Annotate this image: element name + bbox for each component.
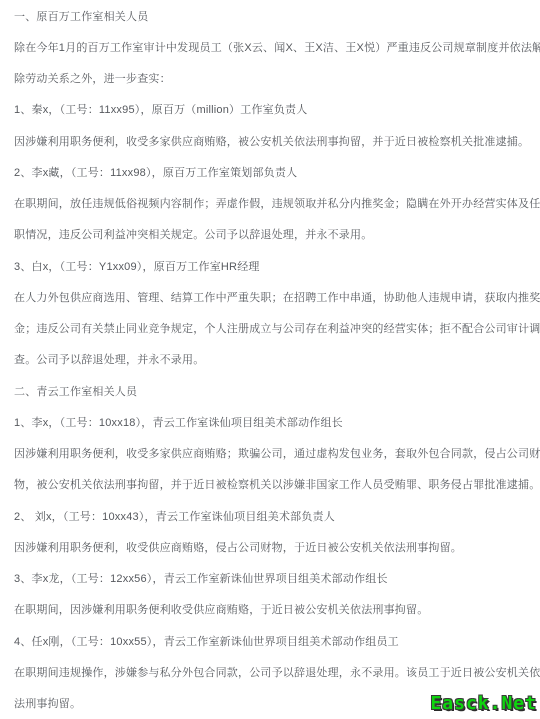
- document-line: 1、秦x，（工号：11xx95），原百万（million）工作室负责人: [14, 94, 540, 125]
- document-line: 2、李x藏，（工号：11xx98），原百万工作室策划部负责人: [14, 156, 540, 187]
- document-line: 除在今年1月的百万工作室审计中发现员工（张X云、闻X、王X洁、王X悦）严重违反公…: [14, 31, 540, 62]
- document-line: 在职期间，因涉嫌利用职务便利收受供应商贿赂，于近日被公安机关依法刑事拘留。: [14, 594, 540, 625]
- document-line: 因涉嫌利用职务便利，收受供应商贿赂，侵占公司财物，于近日被公安机关依法刑事拘留。: [14, 531, 540, 562]
- document-line: 3、白x，（工号：Y1xx09），原百万工作室HR经理: [14, 250, 540, 281]
- document-line: 因涉嫌利用职务便利，收受多家供应商贿赂，被公安机关依法刑事拘留，并于近日被检察机…: [14, 125, 540, 156]
- document-line: 在职期间，放任违规低俗视频内容制作；弄虚作假，违规领取并私分内推奖金；隐瞒在外开…: [14, 188, 540, 219]
- page: { "document": { "background_color": "#ff…: [0, 0, 540, 719]
- document-line: 2、 刘x，（工号：10xx43），青云工作室诛仙项目组美术部负责人: [14, 500, 540, 531]
- document-line: 查。公司予以辞退处理，并永不录用。: [14, 344, 540, 375]
- document-line: 因涉嫌利用职务便利，收受多家供应商贿赂；欺骗公司，通过虚构发包业务，套取外包合同…: [14, 438, 540, 469]
- document-line: 3、李x龙，（工号：12xx56），青云工作室新诛仙世界项目组美术部动作组长: [14, 563, 540, 594]
- document-line: 在职期间违规操作，涉嫌参与私分外包合同款，公司予以辞退处理，永不录用。该员工于近…: [14, 656, 540, 687]
- document-line: 物，被公安机关依法刑事拘留，并于近日被检察机关以涉嫌非国家工作人员受贿罪、职务侵…: [14, 469, 540, 500]
- document-line: 在人力外包供应商选用、管理、结算工作中严重失职；在招聘工作中串通，协助他人违规申…: [14, 281, 540, 312]
- document-line: 二、青云工作室相关人员: [14, 375, 540, 406]
- document-line: 职情况，违反公司利益冲突相关规定。公司予以辞退处理，并永不录用。: [14, 219, 540, 250]
- announcement-body: 一、原百万工作室相关人员除在今年1月的百万工作室审计中发现员工（张X云、闻X、王…: [14, 0, 540, 719]
- document-line: 4、任x刚，（工号：10xx55），青云工作室新诛仙世界项目组美术部动作组员工: [14, 625, 540, 656]
- watermark: Easck.Net: [430, 693, 537, 714]
- document-line: 1、李x，（工号：10xx18），青云工作室诛仙项目组美术部动作组长: [14, 406, 540, 437]
- document-line: 金；违反公司有关禁止同业竞争规定，个人注册成立与公司存在利益冲突的经营实体；拒不…: [14, 313, 540, 344]
- document-line: 一、原百万工作室相关人员: [14, 0, 540, 31]
- document-line: 除劳动关系之外，进一步查实：: [14, 63, 540, 94]
